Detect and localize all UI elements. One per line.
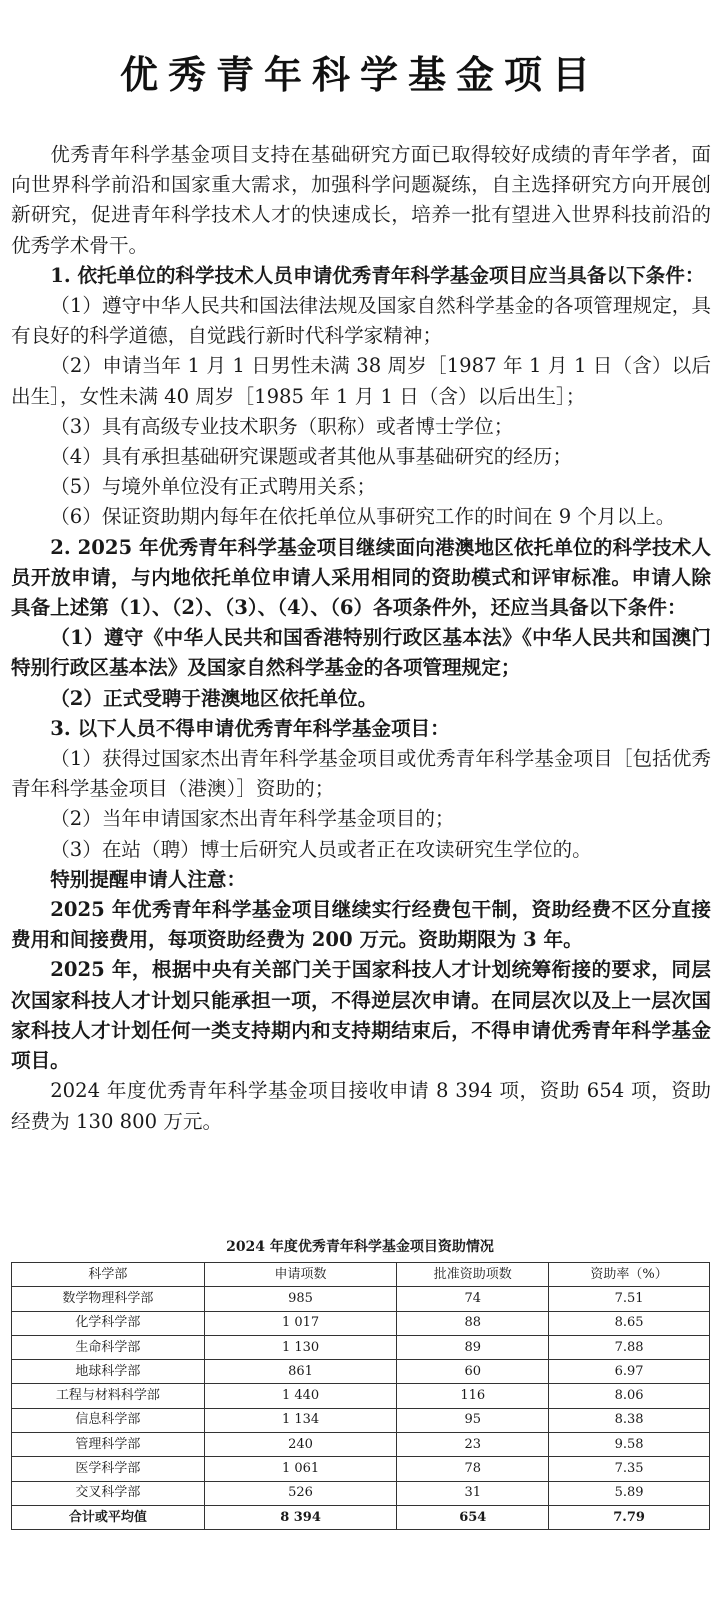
rate-cell: 7.35 xyxy=(549,1457,710,1481)
funded-cell: 74 xyxy=(397,1287,549,1311)
rate-cell: 8.65 xyxy=(549,1311,710,1335)
header-applications: 申请项数 xyxy=(204,1263,397,1287)
table-row: 化学科学部 1 017 88 8.65 xyxy=(12,1311,710,1335)
document-body: 优秀青年科学基金项目支持在基础研究方面已取得较好成绩的青年学者，面向世界科学前沿… xyxy=(11,140,711,1137)
applications-cell: 1 061 xyxy=(204,1457,397,1481)
table-header-row: 科学部 申请项数 批准资助项数 资助率（%） xyxy=(12,1263,710,1287)
header-rate: 资助率（%） xyxy=(549,1263,710,1287)
table-row: 数学物理科学部 985 74 7.51 xyxy=(12,1287,710,1311)
rate-cell: 5.89 xyxy=(549,1481,710,1505)
table-caption: 2024 年度优秀青年科学基金项目资助情况 xyxy=(0,1237,720,1257)
document-title: 优秀青年科学基金项目 xyxy=(0,50,720,100)
intro-paragraph: 优秀青年科学基金项目支持在基础研究方面已取得较好成绩的青年学者，面向世界科学前沿… xyxy=(11,140,711,261)
funded-cell: 31 xyxy=(397,1481,549,1505)
applications-cell: 1 130 xyxy=(204,1335,397,1359)
rate-cell: 8.38 xyxy=(549,1408,710,1432)
applications-cell: 985 xyxy=(204,1287,397,1311)
section-3-item-2: （2）当年申请国家杰出青年科学基金项目的； xyxy=(11,804,711,834)
funded-cell: 23 xyxy=(397,1433,549,1457)
section-1-item-1: （1）遵守中华人民共和国法律法规及国家自然科学基金的各项管理规定，具有良好的科学… xyxy=(11,291,711,351)
section-1-item-2: （2）申请当年 1 月 1 日男性未满 38 周岁［1987 年 1 月 1 日… xyxy=(11,351,711,411)
department-cell: 信息科学部 xyxy=(12,1408,205,1432)
total-funded-cell: 654 xyxy=(397,1505,549,1529)
applications-cell: 526 xyxy=(204,1481,397,1505)
department-cell: 交叉科学部 xyxy=(12,1481,205,1505)
total-label-cell: 合计或平均值 xyxy=(12,1505,205,1529)
table-row: 医学科学部 1 061 78 7.35 xyxy=(12,1457,710,1481)
applications-cell: 1 017 xyxy=(204,1311,397,1335)
funded-cell: 95 xyxy=(397,1408,549,1432)
funded-cell: 88 xyxy=(397,1311,549,1335)
table-row: 地球科学部 861 60 6.97 xyxy=(12,1360,710,1384)
total-applications-cell: 8 394 xyxy=(204,1505,397,1529)
department-cell: 化学科学部 xyxy=(12,1311,205,1335)
table-total-row: 合计或平均值 8 394 654 7.79 xyxy=(12,1505,710,1529)
header-funded: 批准资助项数 xyxy=(397,1263,549,1287)
summary-paragraph: 2024 年度优秀青年科学基金项目接收申请 8 394 项，资助 654 项，资… xyxy=(11,1076,711,1136)
section-3-heading: 3. 以下人员不得申请优秀青年科学基金项目： xyxy=(11,714,711,744)
section-2-heading: 2. 2025 年优秀青年科学基金项目继续面向港澳地区依托单位的科学技术人员开放… xyxy=(11,533,711,624)
notice-paragraph-1: 2025 年优秀青年科学基金项目继续实行经费包干制，资助经费不区分直接费用和间接… xyxy=(11,895,711,955)
document-page: 优秀青年科学基金项目 优秀青年科学基金项目支持在基础研究方面已取得较好成绩的青年… xyxy=(0,0,720,1600)
section-1-item-5: （5）与境外单位没有正式聘用关系； xyxy=(11,472,711,502)
section-1-item-4: （4）具有承担基础研究课题或者其他从事基础研究的经历； xyxy=(11,442,711,472)
header-department: 科学部 xyxy=(12,1263,205,1287)
section-3-item-1: （1）获得过国家杰出青年科学基金项目或优秀青年科学基金项目［包括优秀青年科学基金… xyxy=(11,744,711,804)
section-1-item-3: （3）具有高级专业技术职务（职称）或者博士学位； xyxy=(11,412,711,442)
department-cell: 数学物理科学部 xyxy=(12,1287,205,1311)
funding-table: 科学部 申请项数 批准资助项数 资助率（%） 数学物理科学部 985 74 7.… xyxy=(11,1262,710,1530)
department-cell: 管理科学部 xyxy=(12,1433,205,1457)
section-2-item-1: （1）遵守《中华人民共和国香港特别行政区基本法》《中华人民共和国澳门特别行政区基… xyxy=(11,623,711,683)
department-cell: 工程与材料科学部 xyxy=(12,1384,205,1408)
funded-cell: 60 xyxy=(397,1360,549,1384)
table-row: 信息科学部 1 134 95 8.38 xyxy=(12,1408,710,1432)
rate-cell: 7.88 xyxy=(549,1335,710,1359)
rate-cell: 6.97 xyxy=(549,1360,710,1384)
rate-cell: 7.51 xyxy=(549,1287,710,1311)
applications-cell: 240 xyxy=(204,1433,397,1457)
applications-cell: 1 134 xyxy=(204,1408,397,1432)
table-row: 工程与材料科学部 1 440 116 8.06 xyxy=(12,1384,710,1408)
table-row: 交叉科学部 526 31 5.89 xyxy=(12,1481,710,1505)
rate-cell: 8.06 xyxy=(549,1384,710,1408)
section-1-heading: 1. 依托单位的科学技术人员申请优秀青年科学基金项目应当具备以下条件： xyxy=(11,261,711,291)
funded-cell: 78 xyxy=(397,1457,549,1481)
department-cell: 医学科学部 xyxy=(12,1457,205,1481)
average-rate-cell: 7.79 xyxy=(549,1505,710,1529)
department-cell: 地球科学部 xyxy=(12,1360,205,1384)
table-row: 管理科学部 240 23 9.58 xyxy=(12,1433,710,1457)
notice-paragraph-2: 2025 年，根据中央有关部门关于国家科技人才计划统筹衔接的要求，同层次国家科技… xyxy=(11,955,711,1076)
applications-cell: 861 xyxy=(204,1360,397,1384)
funded-cell: 89 xyxy=(397,1335,549,1359)
section-3-item-3: （3）在站（聘）博士后研究人员或者正在攻读研究生学位的。 xyxy=(11,835,711,865)
section-2-item-2: （2）正式受聘于港澳地区依托单位。 xyxy=(11,684,711,714)
table-row: 生命科学部 1 130 89 7.88 xyxy=(12,1335,710,1359)
department-cell: 生命科学部 xyxy=(12,1335,205,1359)
applications-cell: 1 440 xyxy=(204,1384,397,1408)
section-1-item-6: （6）保证资助期内每年在依托单位从事研究工作的时间在 9 个月以上。 xyxy=(11,502,711,532)
funded-cell: 116 xyxy=(397,1384,549,1408)
rate-cell: 9.58 xyxy=(549,1433,710,1457)
notice-heading: 特别提醒申请人注意： xyxy=(11,865,711,895)
